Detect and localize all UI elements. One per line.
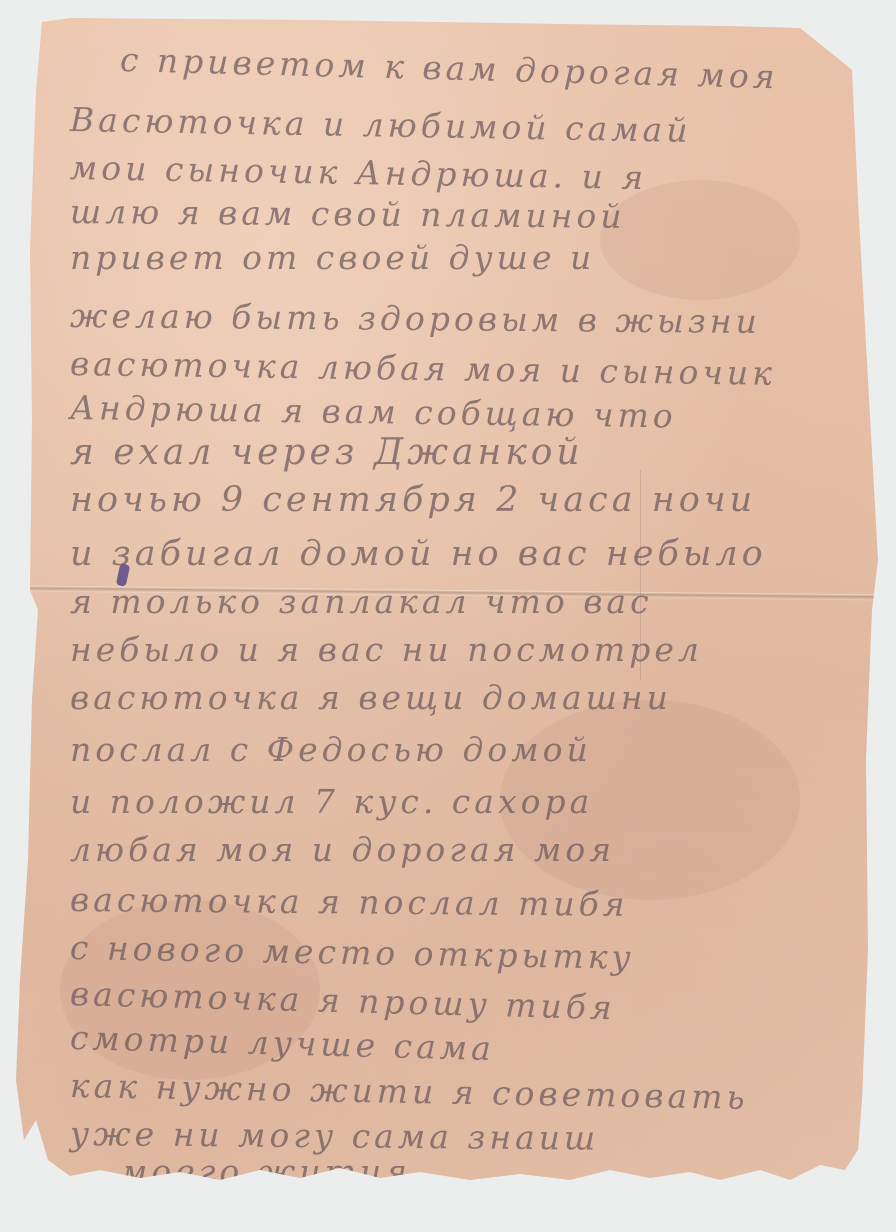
letter-line-2: Васюточка и любимой самай <box>70 100 692 150</box>
letter-line-18: васюточка я послал тибя <box>70 880 629 924</box>
letter-line-10: ночью 9 сентября 2 часа ночи <box>70 480 756 520</box>
letter-line-14: васюточка я вещи домашни <box>70 678 672 717</box>
letter-line-13: небыло и я вас ни посмотрел <box>70 630 703 669</box>
letter-line-12: я только заплакал что вас <box>70 582 653 621</box>
letter-line-15: послал с Федосью домой <box>70 730 592 769</box>
letter-line-22: как нужно жити я советовать <box>70 1066 749 1117</box>
letter-line-7: васюточка любая моя и сыночик <box>70 344 776 393</box>
letter-line-16: и положил 7 кус. сахора <box>70 782 593 821</box>
letter-line-24: моего жития <box>120 1152 411 1191</box>
letter-line-3: мои сыночик Андрюша. и я <box>70 148 648 197</box>
letter-line-4: шлю я вам свой пламиной <box>70 192 626 236</box>
letter-line-9: я ехал через Джанкой <box>70 432 584 473</box>
letter-line-11: и забигал домой но вас небыло <box>70 534 767 574</box>
letter-paper: с приветом к вам дорогая моя Васюточка и… <box>0 0 896 1232</box>
letter-line-6: желаю быть здоровым в жызни <box>70 296 761 341</box>
letter-line-17: любая моя и дорогая моя <box>70 830 615 869</box>
scan-background: с приветом к вам дорогая моя Васюточка и… <box>0 0 896 1232</box>
letter-line-8: Андрюша я вам собщаю что <box>70 388 677 435</box>
letter-line-1: с приветом к вам дорогая моя <box>119 40 779 96</box>
paper-stain <box>600 180 800 300</box>
letter-line-5: привет от своей душе и <box>70 238 595 277</box>
